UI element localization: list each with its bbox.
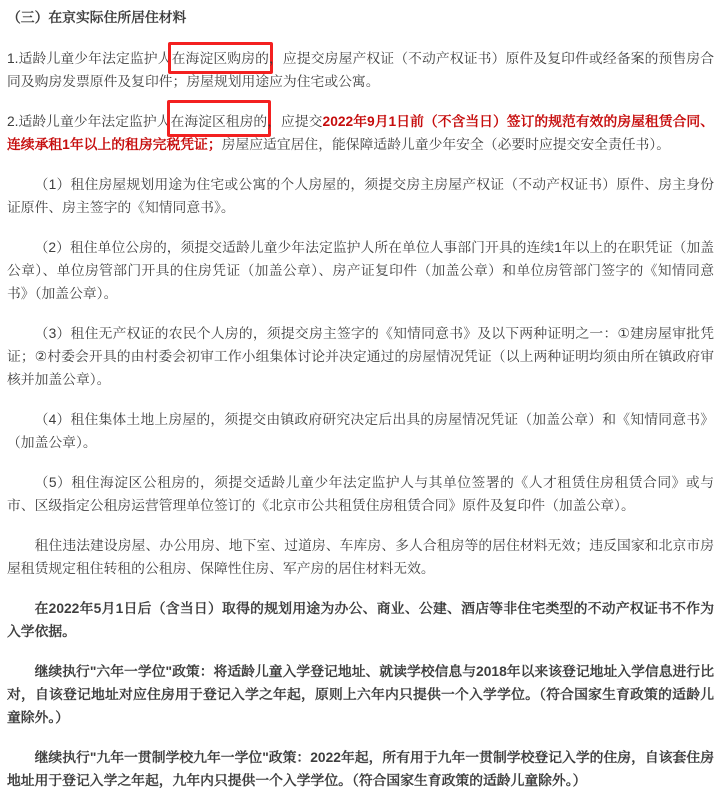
paragraph-purchase: 1.适龄儿童少年法定监护人在海淀区购房的，应提交房屋产权证（不动产权证书）原件及… [7,47,714,93]
rent-mid-text: ，应提交 [267,114,322,129]
paragraph-nonresidential-cert: 在2022年5月1日后（含当日）取得的规划用途为办公、商业、公建、酒店等非住宅类… [7,597,714,643]
rent-post-text: 房屋应适宜居住，能保障适龄儿童少年安全（必要时应提交安全责任书）。 [222,137,670,152]
highlight-box-purchase: 在海淀区购房的 [168,42,273,74]
highlight-box-rent: 在海淀区租房的 [167,100,272,137]
subitem-4-collective-land-house: （4）租住集体土地上房屋的，须提交由镇政府研究决定后出具的房屋情况凭证（加盖公章… [7,408,714,454]
policy-document: （三）在京实际住所居住材料 1.适龄儿童少年法定监护人在海淀区购房的，应提交房屋… [0,0,720,806]
paragraph-nine-year-policy: 继续执行"九年一贯制学校九年一学位"政策：2022年起，所有用于九年一贯制学校登… [7,746,714,792]
paragraph-six-year-policy: 继续执行"六年一学位"政策：将适龄儿童入学登记地址、就读学校信息与2018年以来… [7,660,714,729]
rent-pre-text: 2.适龄儿童少年法定监护人 [7,114,171,129]
subitem-1-private-house: （1）租住房屋规划用途为住宅或公寓的个人房屋的，须提交房主房屋产权证（不动产权证… [7,173,714,219]
purchase-pre-text: 1.适龄儿童少年法定监护人 [7,51,172,66]
purchase-boxed-text: 在海淀区购房的 [172,51,269,66]
rent-boxed-text: 在海淀区租房的 [171,114,268,129]
subitem-3-farmer-house: （3）租住无产权证的农民个人房的，须提交房主签字的《知情同意书》及以下两种证明之… [7,322,714,391]
subitem-5-public-rental-housing: （5）租住海淀区公租房的，须提交适龄儿童少年法定监护人与其单位签署的《人才租赁住… [7,471,714,517]
section-heading: （三）在京实际住所居住材料 [7,6,714,29]
subitem-2-work-unit-housing: （2）租住单位公房的，须提交适龄儿童少年法定监护人所在单位人事部门开具的连续1年… [7,236,714,305]
paragraph-invalid-materials: 租住违法建设房屋、办公用房、地下室、过道房、车库房、多人合租房等的居住材料无效；… [7,534,714,580]
paragraph-rent: 2.适龄儿童少年法定监护人在海淀区租房的，应提交2022年9月1日前（不含当日）… [7,110,714,156]
